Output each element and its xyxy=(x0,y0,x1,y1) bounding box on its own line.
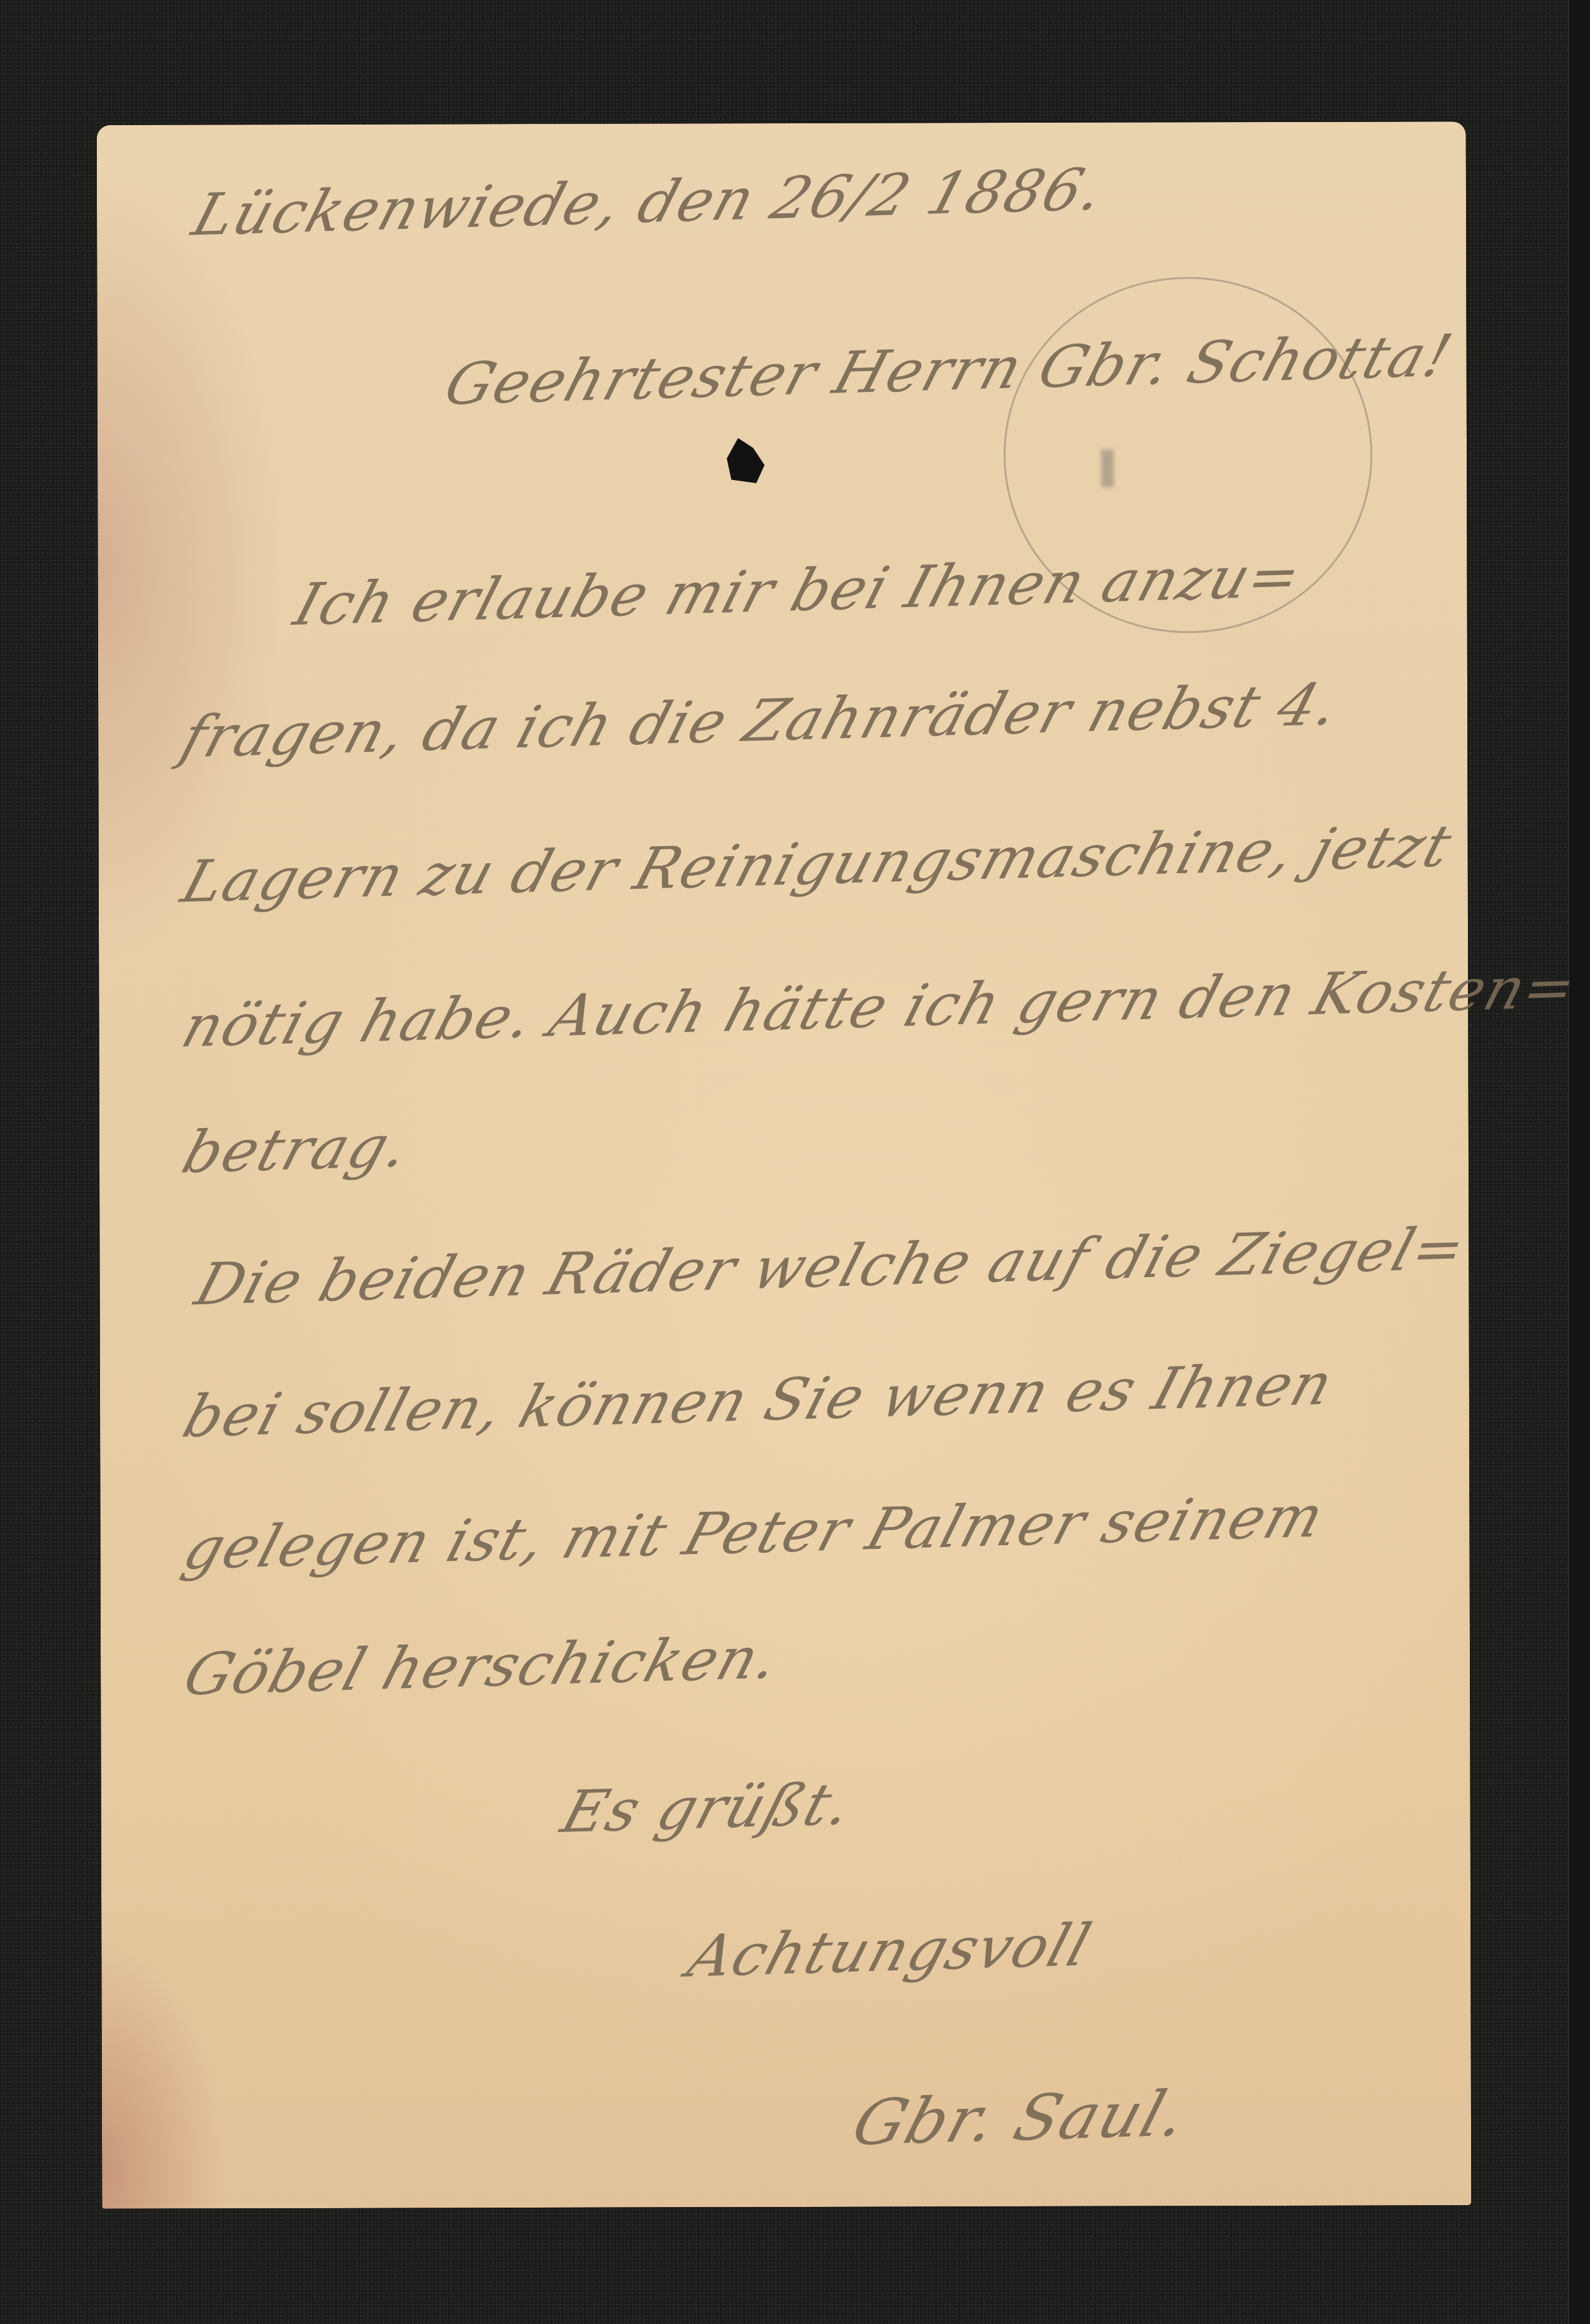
postcard: Lückenwiede, den 26/2 1886. Geehrtester … xyxy=(97,121,1472,2209)
signature: Gbr. Saul. xyxy=(844,2077,1196,2160)
postmark-ink-mark xyxy=(1101,450,1114,488)
body-line-8: gelegen ist, mit Peter Palmer seinem xyxy=(176,1483,1333,1583)
place-date-line: Lückenwiede, den 26/2 1886. xyxy=(185,155,1112,249)
body-line-9: Göbel herschicken. xyxy=(176,1624,787,1709)
body-line-3: Lagern zu der Reinigungsmaschine, jetzt xyxy=(174,812,1460,916)
body-line-2: fragen, da ich die Zahnräder nebst 4. xyxy=(174,671,1347,771)
body-line-6: Die beiden Räder welche auf die Ziegel= xyxy=(188,1215,1474,1319)
body-line-7: bei sollen, können Sie wenn es Ihnen xyxy=(176,1350,1341,1450)
paper-hole xyxy=(727,438,764,483)
closing-greeting: Es grüßt. xyxy=(554,1770,861,1846)
body-line-5: betrag. xyxy=(175,1112,418,1186)
closing-respectfully: Achtungsvoll xyxy=(680,1911,1099,1990)
body-line-4: nötig habe. Auch hätte ich gern den Kost… xyxy=(175,953,1586,1060)
album-mount-seam xyxy=(1568,0,1590,2324)
